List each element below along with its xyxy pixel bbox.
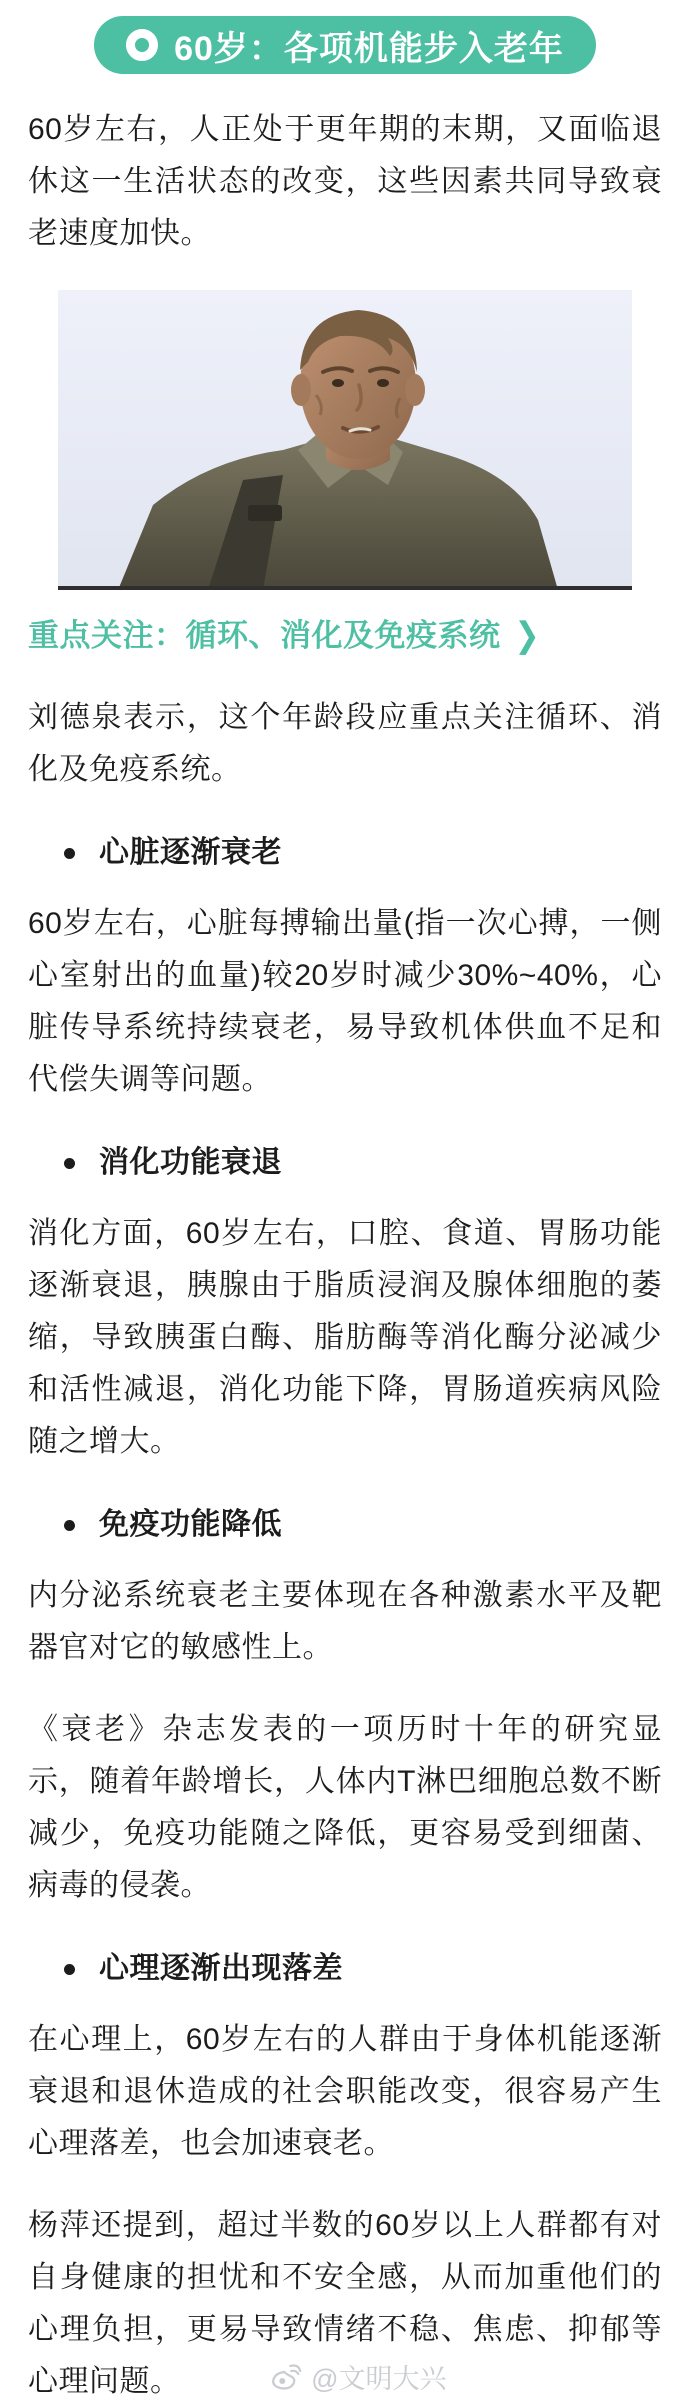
bullet-dot-icon [64,1520,75,1531]
age-section-badge: 60岁：各项机能步入老年 [94,16,596,74]
lead-paragraph: 刘德泉表示，这个年龄段应重点关注循环、消化及免疫系统。 [28,692,662,796]
highlight-label: 重点关注：循环、消化及免疫系统 [28,616,501,656]
section-heading-label: 消化功能衰退 [99,1146,282,1180]
section-digestion: 消化功能衰退 消化方面，60岁左右，口腔、食道、胃肠功能逐渐衰退，胰腺由于脂质浸… [0,1146,690,1468]
section-heading: 心脏逐渐衰老 [64,836,662,870]
bullet-dot-icon [64,1964,75,1975]
section-heart: 心脏逐渐衰老 60岁左右，心脏每搏输出量(指一次心搏，一侧心室射出的血量)较20… [0,836,690,1106]
badge-label: 60岁：各项机能步入老年 [174,21,564,70]
section-heading: 消化功能衰退 [64,1146,662,1180]
chevron-right-icon: ❯ [515,613,541,659]
section-paragraph: 杨萍还提到，超过半数的60岁以上人群都有对自身健康的担忧和不安全感，从而加重他们… [28,2200,662,2400]
article-photo [58,290,632,590]
ring-circle-icon [126,29,158,61]
section-psychology: 心理逐渐出现落差 在心理上，60岁左右的人群由于身体机能逐渐衰退和退休造成的社会… [0,1952,690,2400]
section-heading-label: 心脏逐渐衰老 [99,836,282,870]
section-paragraph: 《衰老》杂志发表的一项历时十年的研究显示，随着年龄增长，人体内T淋巴细胞总数不断… [28,1704,662,1912]
section-immunity: 免疫功能降低 内分泌系统衰老主要体现在各种激素水平及靶器官对它的敏感性上。 《衰… [0,1508,690,1912]
header-row: 60岁：各项机能步入老年 [0,0,690,74]
bullet-dot-icon [64,1158,75,1169]
section-heading-label: 心理逐渐出现落差 [99,1952,343,1986]
section-heading: 免疫功能降低 [64,1508,662,1542]
article-page: 60岁：各项机能步入老年 60岁左右，人正处于更年期的末期，又面临退休这一生活状… [0,0,690,2400]
section-paragraph: 60岁左右，心脏每搏输出量(指一次心搏，一侧心室射出的血量)较20岁时减少30%… [28,898,662,1106]
bullet-dot-icon [64,848,75,859]
section-heading: 心理逐渐出现落差 [64,1952,662,1986]
section-paragraph: 在心理上，60岁左右的人群由于身体机能逐渐衰退和退休造成的社会职能改变，很容易产… [28,2014,662,2170]
section-paragraph: 内分泌系统衰老主要体现在各种激素水平及靶器官对它的敏感性上。 [28,1570,662,1674]
section-heading-label: 免疫功能降低 [99,1508,282,1542]
section-paragraph: 消化方面，60岁左右，口腔、食道、胃肠功能逐渐衰退，胰腺由于脂质浸润及腺体细胞的… [28,1208,662,1468]
intro-paragraph: 60岁左右，人正处于更年期的末期，又面临退休这一生活状态的改变，这些因素共同导致… [28,104,662,260]
soldier-portrait-illustration [58,290,632,590]
highlight-link[interactable]: 重点关注：循环、消化及免疫系统 ❯ [28,616,662,656]
